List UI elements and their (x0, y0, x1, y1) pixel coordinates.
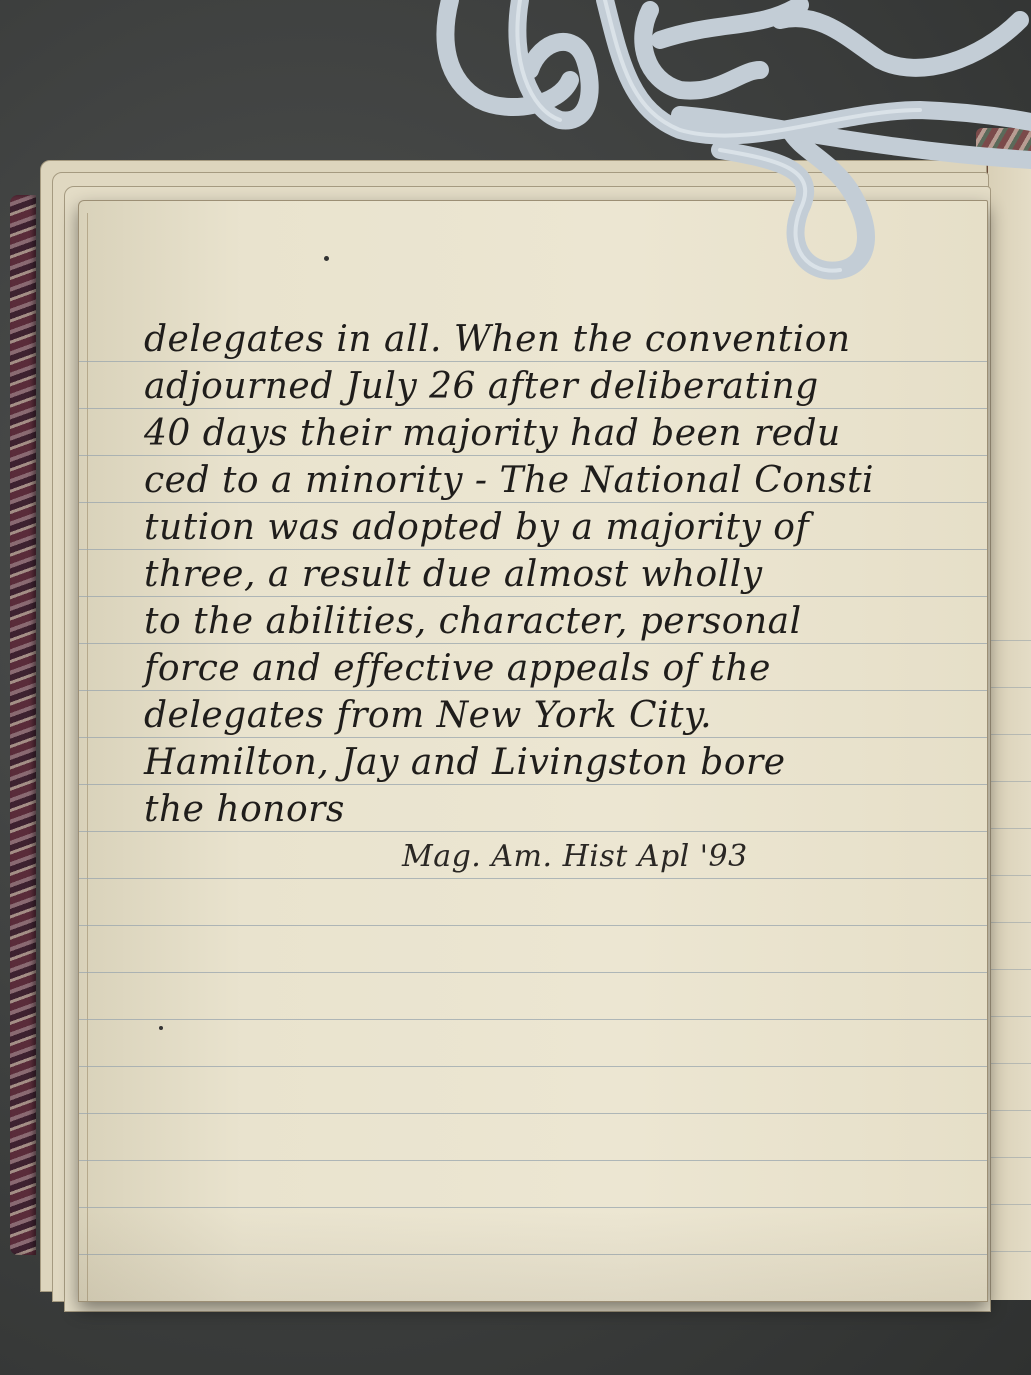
ruled-line (79, 925, 987, 926)
text-line: delegates from New York City. (144, 692, 974, 739)
ruled-line (79, 1207, 987, 1208)
citation-line: Mag. Am. Hist Apl '93 (144, 833, 974, 880)
ruled-line (79, 1019, 987, 1020)
page-margin-line (87, 213, 88, 1301)
text-line: force and effective appeals of the (144, 645, 974, 692)
marbled-cover-edge (10, 195, 36, 1255)
handwritten-text: delegates in all. When the convention ad… (144, 316, 974, 880)
text-line: 40 days their majority had been redu (144, 410, 974, 457)
text-line: delegates in all. When the convention (144, 316, 974, 363)
text-line: adjourned July 26 after deliberating (144, 363, 974, 410)
photo-scene: delegates in all. When the convention ad… (0, 0, 1031, 1375)
facing-page-edge (986, 160, 1031, 1300)
ink-spot (324, 256, 329, 261)
text-line: Hamilton, Jay and Livingston bore (144, 739, 974, 786)
ink-spot (159, 1026, 163, 1030)
ruled-line (79, 1113, 987, 1114)
notebook-page: delegates in all. When the convention ad… (78, 200, 988, 1302)
text-line: tution was adopted by a majority of (144, 504, 974, 551)
bookmark-cord (420, 0, 1031, 290)
text-line: three, a result due almost wholly (144, 551, 974, 598)
ruled-line (79, 1254, 987, 1255)
ruled-line (79, 1160, 987, 1161)
text-line: ced to a minority - The National Consti (144, 457, 974, 504)
ruled-line (79, 972, 987, 973)
ruled-line (79, 1066, 987, 1067)
text-line: the honors (144, 786, 974, 833)
text-line: to the abilities, character, personal (144, 598, 974, 645)
